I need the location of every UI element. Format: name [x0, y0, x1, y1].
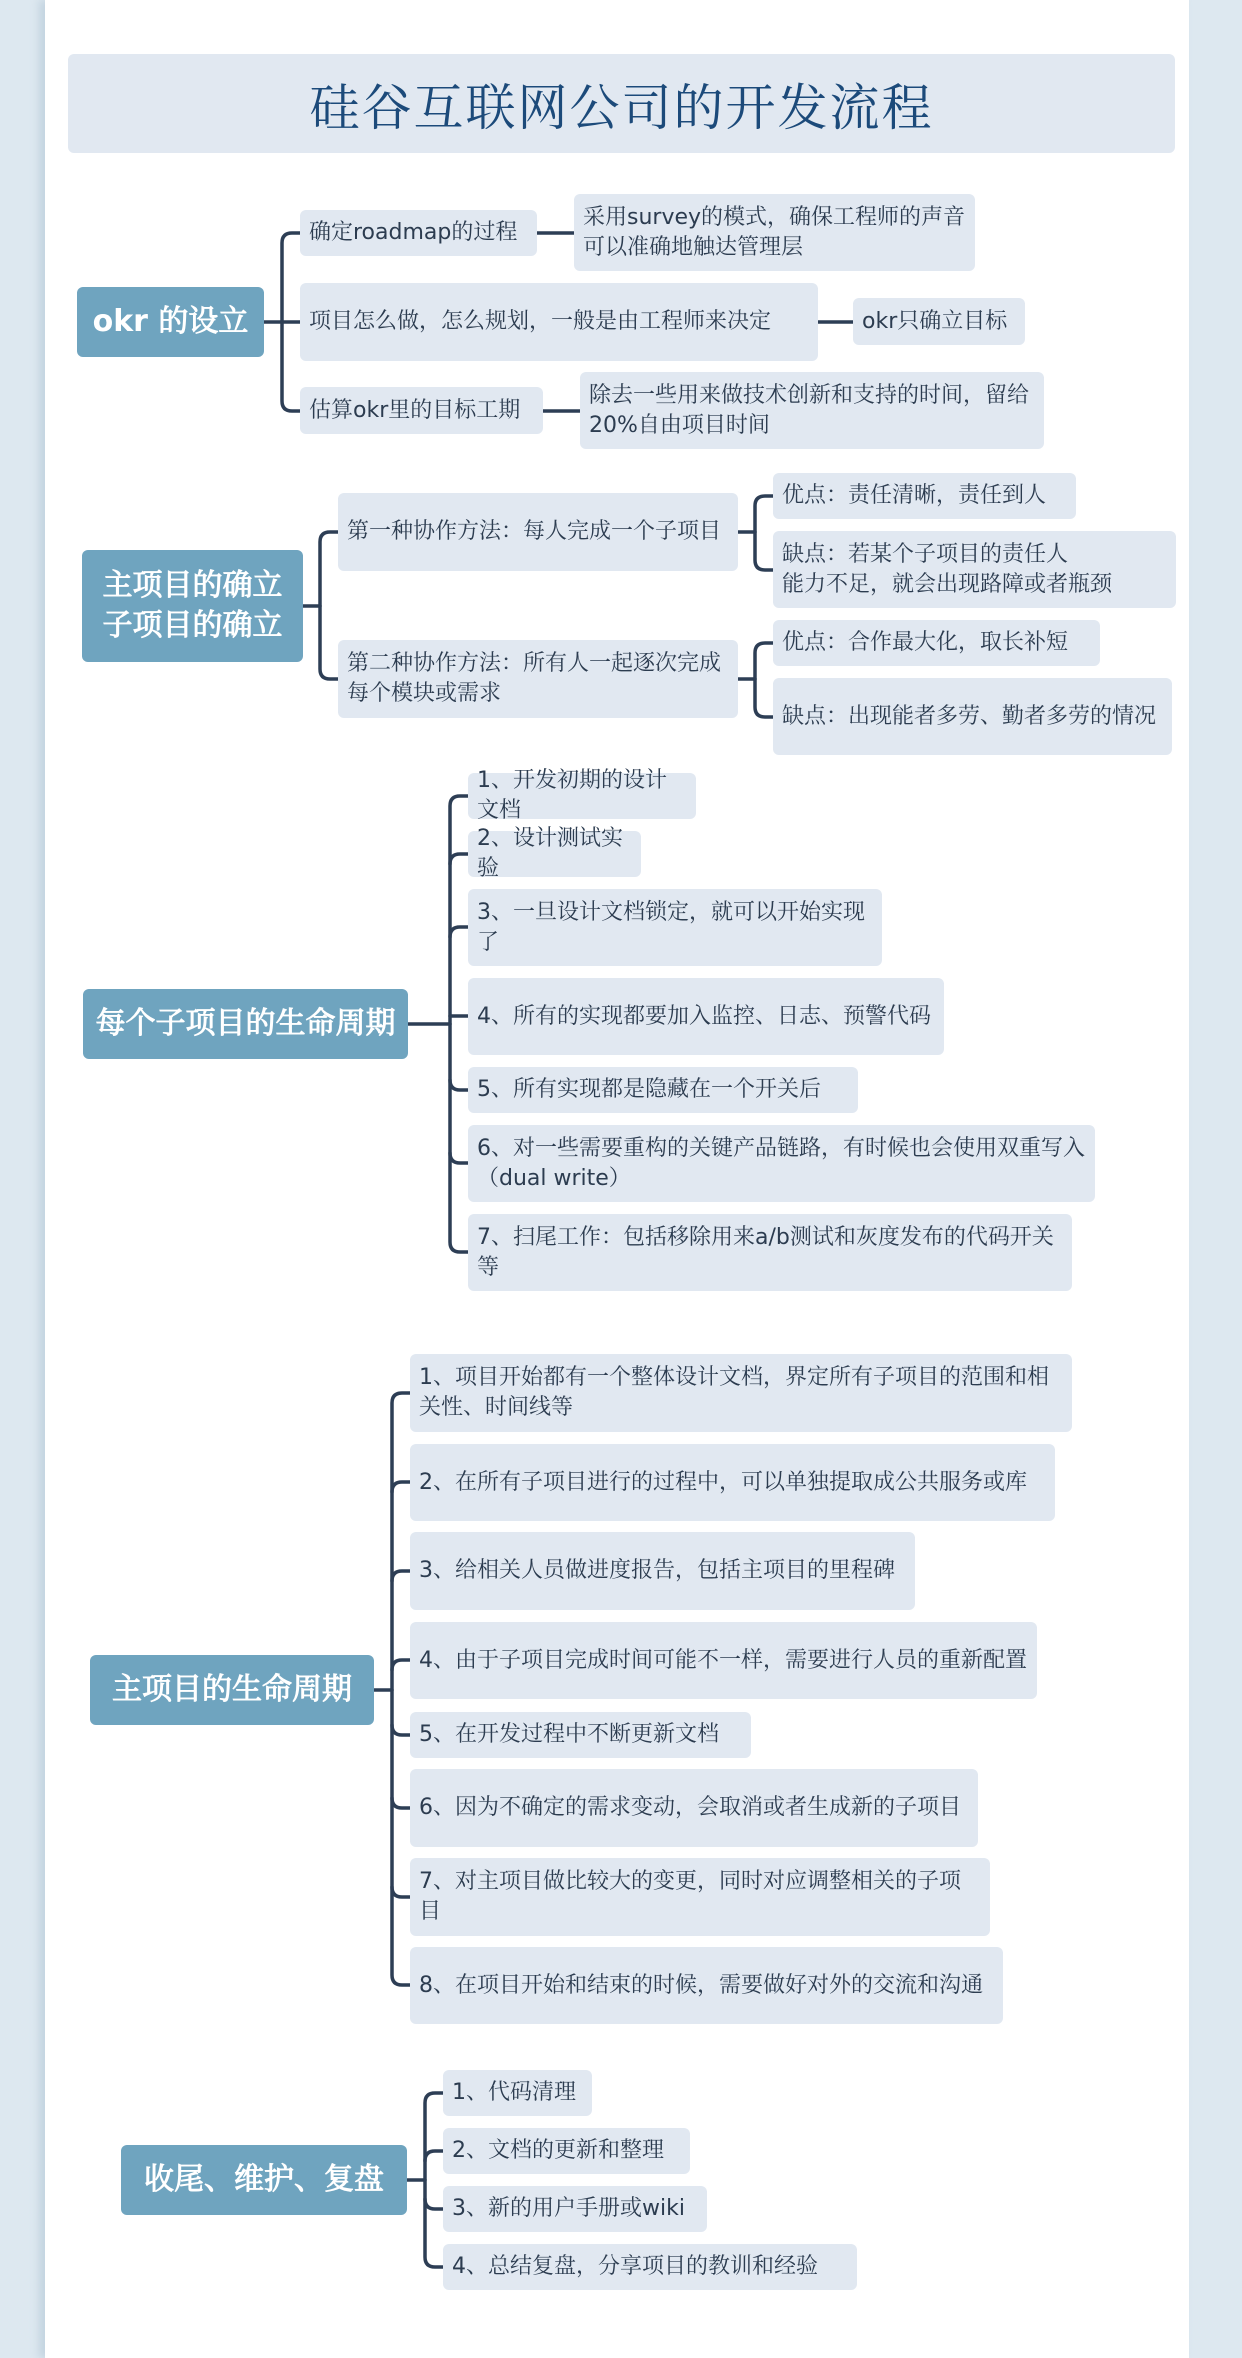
section-wrapup-root[interactable]: 收尾、维护、复盘 — [121, 2145, 407, 2215]
node-label: 缺点：出现能者多劳、勤者多劳的情况 — [782, 702, 1156, 732]
node-label: 2、设计测试实验 — [477, 824, 632, 884]
subproject-step-2[interactable]: 2、设计测试实验 — [468, 831, 641, 877]
node-label: 缺点：若某个子项目的责任人 能力不足，就会出现路障或者瓶颈 — [782, 540, 1112, 600]
collab-method-2-node[interactable]: 第二种协作方法：所有人一起逐次完成每个模块或需求 — [338, 640, 738, 718]
node-label: 4、总结复盘，分享项目的教训和经验 — [452, 2252, 818, 2282]
node-label: 3、新的用户手册或wiki — [452, 2194, 685, 2224]
node-label: 优点：合作最大化，取长补短 — [782, 628, 1068, 658]
node-label: 5、在开发过程中不断更新文档 — [419, 1720, 719, 1750]
okr-estimate-node[interactable]: 估算okr里的目标工期 — [300, 387, 543, 434]
node-label: 5、所有实现都是隐藏在一个开关后 — [477, 1075, 821, 1105]
section-subproject-lifecycle-root[interactable]: 每个子项目的生命周期 — [83, 989, 408, 1059]
section-wrapup-root-label: 收尾、维护、复盘 — [144, 2160, 384, 2200]
collab-method-1-node[interactable]: 第一种协作方法：每人完成一个子项目 — [338, 493, 738, 571]
node-label: 4、由于子项目完成时间可能不一样，需要进行人员的重新配置 — [419, 1646, 1027, 1676]
subproject-step-5[interactable]: 5、所有实现都是隐藏在一个开关后 — [468, 1067, 858, 1113]
subproject-step-1[interactable]: 1、开发初期的设计文档 — [468, 773, 696, 819]
subproject-step-3[interactable]: 3、一旦设计文档锁定，就可以开始实现了 — [468, 889, 882, 966]
okr-survey-node[interactable]: 采用survey的模式，确保工程师的声音可以准确地触达管理层 — [574, 194, 975, 271]
section-okr-root[interactable]: okr 的设立 — [77, 287, 264, 357]
node-label: 估算okr里的目标工期 — [309, 396, 520, 426]
node-label: 1、项目开始都有一个整体设计文档，界定所有子项目的范围和相关性、时间线等 — [419, 1363, 1063, 1423]
method-1-con-node[interactable]: 缺点：若某个子项目的责任人 能力不足，就会出现路障或者瓶颈 — [773, 531, 1176, 608]
node-label: 8、在项目开始和结束的时候，需要做好对外的交流和沟通 — [419, 1971, 983, 2001]
main-project-step-1[interactable]: 1、项目开始都有一个整体设计文档，界定所有子项目的范围和相关性、时间线等 — [410, 1354, 1072, 1432]
main-project-step-8[interactable]: 8、在项目开始和结束的时候，需要做好对外的交流和沟通 — [410, 1947, 1003, 2024]
main-project-step-3[interactable]: 3、给相关人员做进度报告，包括主项目的里程碑 — [410, 1532, 915, 1610]
main-project-step-5[interactable]: 5、在开发过程中不断更新文档 — [410, 1712, 751, 1758]
node-label: 除去一些用来做技术创新和支持的时间，留给20%自由项目时间 — [589, 381, 1035, 441]
node-label: 2、在所有子项目进行的过程中，可以单独提取成公共服务或库 — [419, 1468, 1027, 1498]
node-label: 3、给相关人员做进度报告，包括主项目的里程碑 — [419, 1556, 895, 1586]
wrapup-step-1[interactable]: 1、代码清理 — [443, 2070, 592, 2116]
title-banner: 硅谷互联网公司的开发流程 — [68, 54, 1175, 153]
section-subproject-lifecycle-root-label: 每个子项目的生命周期 — [96, 1004, 396, 1044]
node-label: 3、一旦设计文档锁定，就可以开始实现了 — [477, 898, 873, 958]
wrapup-step-2[interactable]: 2、文档的更新和整理 — [443, 2128, 690, 2174]
wrapup-step-3[interactable]: 3、新的用户手册或wiki — [443, 2186, 707, 2232]
section-main-project-lifecycle-root[interactable]: 主项目的生命周期 — [90, 1655, 374, 1725]
okr-planning-node[interactable]: 项目怎么做，怎么规划，一般是由工程师来决定 — [300, 283, 818, 361]
node-label: 2、文档的更新和整理 — [452, 2136, 664, 2166]
node-label: 第二种协作方法：所有人一起逐次完成每个模块或需求 — [347, 649, 729, 709]
okr-goal-only-node[interactable]: okr只确立目标 — [853, 298, 1025, 345]
method-2-pro-node[interactable]: 优点：合作最大化，取长补短 — [773, 620, 1100, 666]
main-project-step-7[interactable]: 7、对主项目做比较大的变更，同时对应调整相关的子项目 — [410, 1858, 990, 1936]
node-label: 第一种协作方法：每人完成一个子项目 — [347, 517, 721, 547]
section-project-setup-root-label: 主项目的确立 子项目的确立 — [103, 566, 283, 646]
method-1-pro-node[interactable]: 优点：责任清晰，责任到人 — [773, 473, 1076, 519]
subproject-step-4[interactable]: 4、所有的实现都要加入监控、日志、预警代码 — [468, 978, 944, 1055]
okr-roadmap-node[interactable]: 确定roadmap的过程 — [300, 210, 537, 256]
node-label: 优点：责任清晰，责任到人 — [782, 481, 1046, 511]
node-label: 7、扫尾工作：包括移除用来a/b测试和灰度发布的代码开关等 — [477, 1223, 1063, 1283]
node-label: okr只确立目标 — [862, 307, 1007, 337]
subproject-step-7[interactable]: 7、扫尾工作：包括移除用来a/b测试和灰度发布的代码开关等 — [468, 1214, 1072, 1291]
main-project-step-4[interactable]: 4、由于子项目完成时间可能不一样，需要进行人员的重新配置 — [410, 1622, 1037, 1699]
main-project-step-6[interactable]: 6、因为不确定的需求变动，会取消或者生成新的子项目 — [410, 1769, 978, 1847]
main-project-step-2[interactable]: 2、在所有子项目进行的过程中，可以单独提取成公共服务或库 — [410, 1444, 1055, 1521]
node-label: 确定roadmap的过程 — [309, 218, 517, 248]
section-project-setup-root[interactable]: 主项目的确立 子项目的确立 — [82, 550, 303, 662]
section-main-project-lifecycle-root-label: 主项目的生命周期 — [112, 1670, 352, 1710]
node-label: 项目怎么做，怎么规划，一般是由工程师来决定 — [309, 307, 771, 337]
node-label: 7、对主项目做比较大的变更，同时对应调整相关的子项目 — [419, 1867, 981, 1927]
section-okr-root-label: okr 的设立 — [93, 302, 249, 342]
wrapup-step-4[interactable]: 4、总结复盘，分享项目的教训和经验 — [443, 2244, 857, 2290]
node-label: 1、代码清理 — [452, 2078, 576, 2108]
okr-free-time-node[interactable]: 除去一些用来做技术创新和支持的时间，留给20%自由项目时间 — [580, 372, 1044, 449]
method-2-con-node[interactable]: 缺点：出现能者多劳、勤者多劳的情况 — [773, 678, 1172, 755]
node-label: 6、因为不确定的需求变动，会取消或者生成新的子项目 — [419, 1793, 961, 1823]
node-label: 采用survey的模式，确保工程师的声音可以准确地触达管理层 — [583, 203, 966, 263]
node-label: 6、对一些需要重构的关键产品链路，有时候也会使用双重写入（dual write） — [477, 1134, 1086, 1194]
page-title: 硅谷互联网公司的开发流程 — [310, 68, 934, 140]
subproject-step-6[interactable]: 6、对一些需要重构的关键产品链路，有时候也会使用双重写入（dual write） — [468, 1125, 1095, 1202]
node-label: 1、开发初期的设计文档 — [477, 766, 687, 826]
node-label: 4、所有的实现都要加入监控、日志、预警代码 — [477, 1002, 931, 1032]
